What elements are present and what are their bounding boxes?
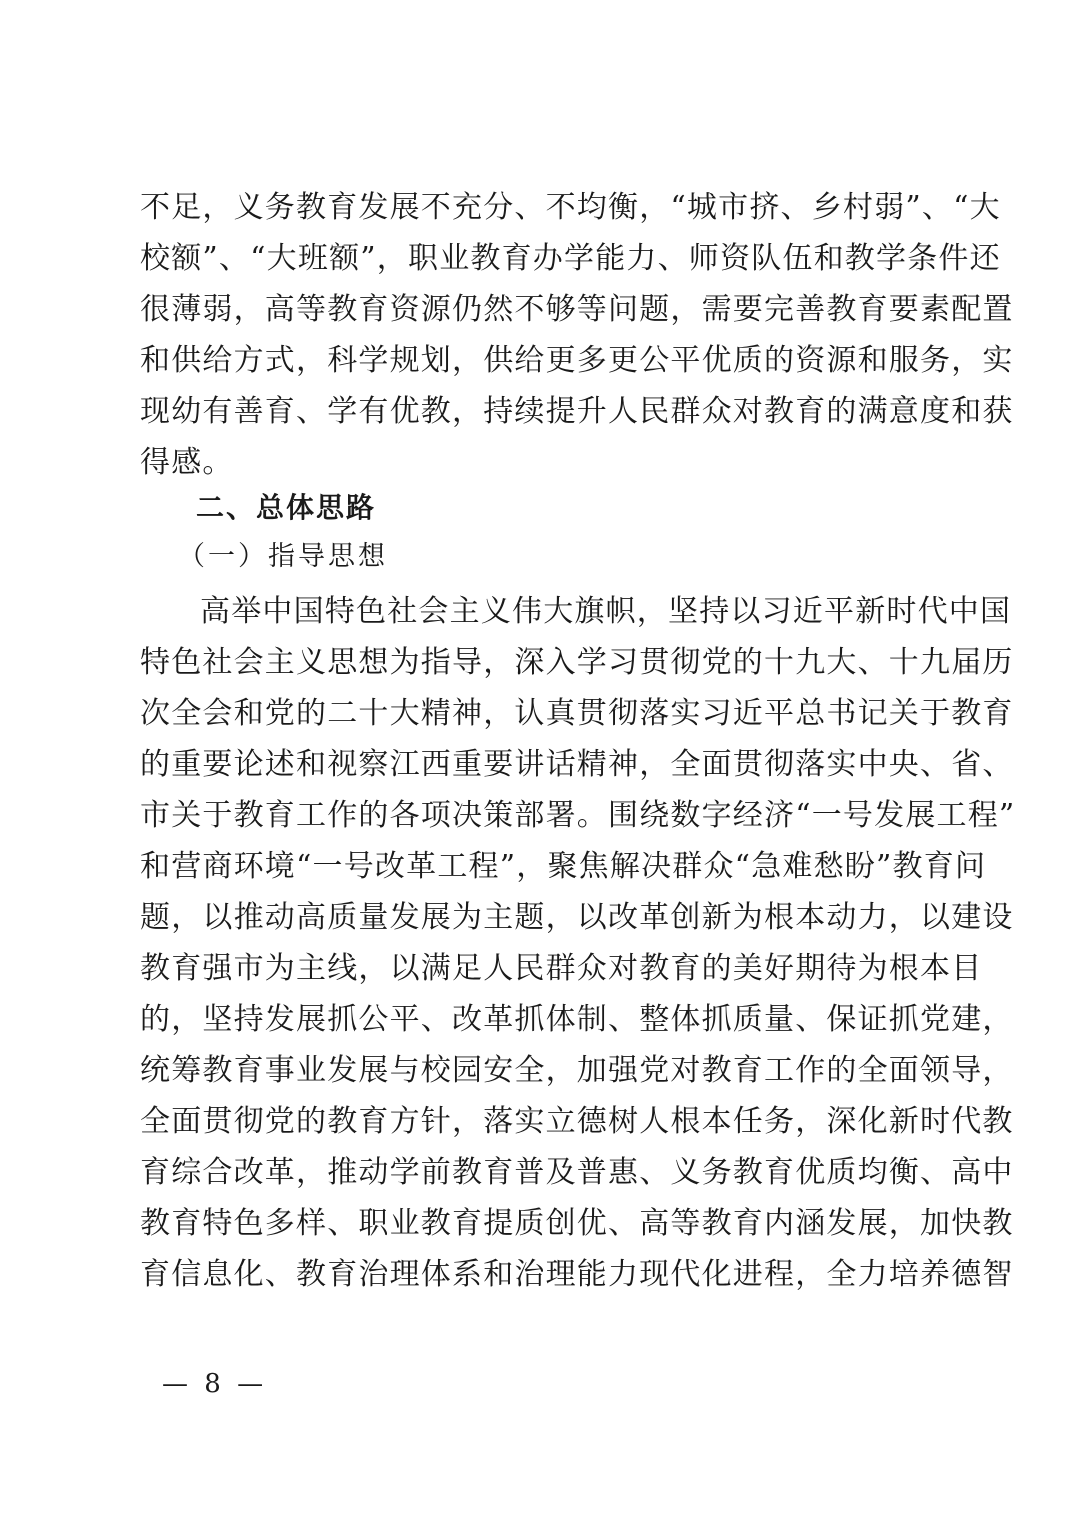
subsection-heading: （一）指导思想	[178, 535, 388, 579]
text-line: 育综合改革，推动学前教育普及普惠、义务教育优质均衡、高中	[140, 1151, 940, 1195]
page-number: — 8 —	[162, 1364, 267, 1404]
text-line: 次全会和党的二十大精神，认真贯彻落实习近平总书记关于教育	[140, 692, 940, 736]
text-line: 教育特色多样、职业教育提质创优、高等教育内涵发展，加快教	[140, 1202, 940, 1246]
text-line: 市关于教育工作的各项决策部署。围绕数字经济“一号发展工程”	[140, 794, 940, 838]
text-line: 高举中国特色社会主义伟大旗帜，坚持以习近平新时代中国	[200, 590, 940, 634]
text-line: 的，坚持发展抓公平、改革抓体制、整体抓质量、保证抓党建，	[140, 998, 940, 1042]
text-line: 不足，义务教育发展不充分、不均衡，“城市挤、乡村弱”、“大	[140, 186, 940, 230]
text-line: 校额”、“大班额”，职业教育办学能力、师资队伍和教学条件还	[140, 237, 940, 281]
section-heading: 二、总体思路	[196, 486, 376, 530]
text-line: 特色社会主义思想为指导，深入学习贯彻党的十九大、十九届历	[140, 641, 940, 685]
text-line: 得感。	[140, 441, 940, 485]
text-line: 全面贯彻党的教育方针，落实立德树人根本任务，深化新时代教	[140, 1100, 940, 1144]
text-line: 育信息化、教育治理体系和治理能力现代化进程，全力培养德智	[140, 1253, 940, 1297]
text-line: 题，以推动高质量发展为主题，以改革创新为根本动力，以建设	[140, 896, 940, 940]
text-line: 统筹教育事业发展与校园安全，加强党对教育工作的全面领导，	[140, 1049, 940, 1093]
text-line: 现幼有善育、学有优教，持续提升人民群众对教育的满意度和获	[140, 390, 940, 434]
text-line: 很薄弱，高等教育资源仍然不够等问题，需要完善教育要素配置	[140, 288, 940, 332]
text-line: 的重要论述和视察江西重要讲话精神，全面贯彻落实中央、省、	[140, 743, 940, 787]
text-line: 教育强市为主线，以满足人民群众对教育的美好期待为根本目	[140, 947, 940, 991]
text-line: 和供给方式，科学规划，供给更多更公平优质的资源和服务，实	[140, 339, 940, 383]
document-page: 不足，义务教育发展不充分、不均衡，“城市挤、乡村弱”、“大 校额”、“大班额”，…	[0, 0, 1074, 1520]
text-line: 和营商环境“一号改革工程”，聚焦解决群众“急难愁盼”教育问	[140, 845, 940, 889]
